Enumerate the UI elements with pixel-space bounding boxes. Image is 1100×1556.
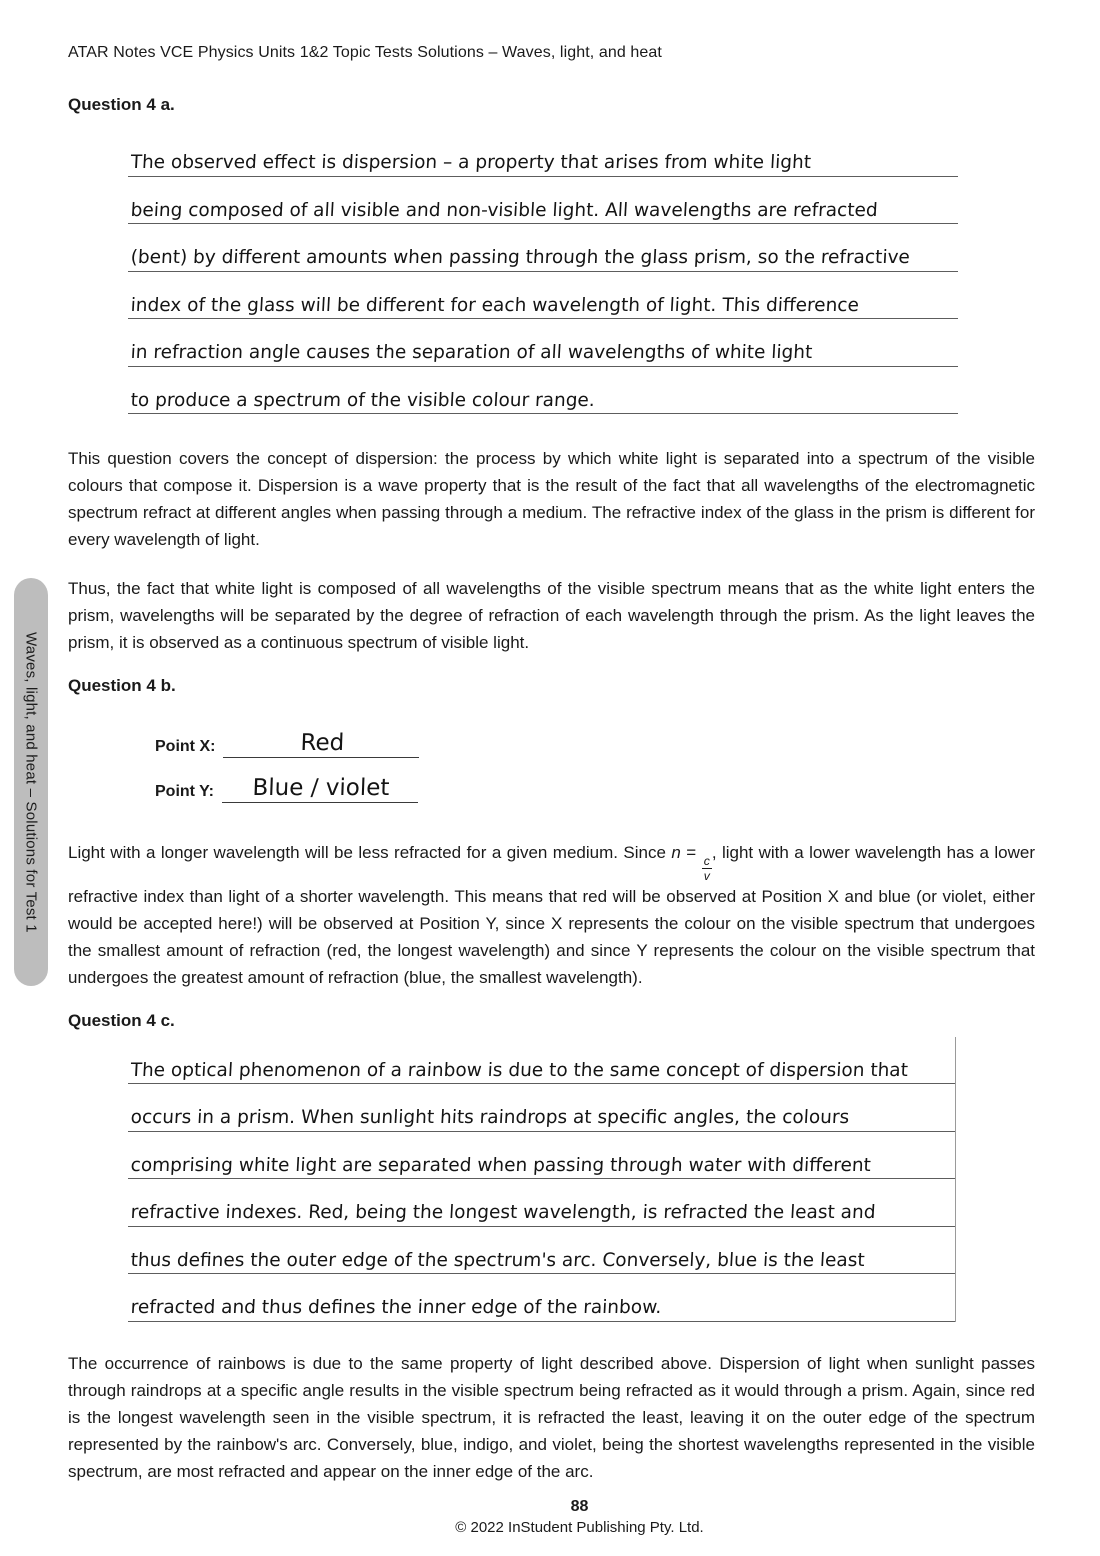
handwritten-line: The optical phenomenon of a rainbow is d… — [128, 1037, 955, 1085]
handwritten-text: occurs in a prism. When sunlight hits ra… — [130, 1109, 850, 1131]
page-content: ATAR Notes VCE Physics Units 1&2 Topic T… — [68, 0, 1035, 1485]
handwritten-text: being composed of all visible and non-vi… — [130, 202, 878, 224]
equals-sign: = — [681, 843, 702, 862]
handwritten-text: in refraction angle causes the separatio… — [130, 344, 813, 366]
document-page: Waves, light, and heat – Solutions for T… — [0, 0, 1100, 1556]
handwritten-line: refractive indexes. Red, being the longe… — [128, 1179, 955, 1227]
c-over-v-fraction: cv — [702, 854, 712, 883]
point-y-row: Point Y: Blue / violet — [155, 769, 1035, 803]
handwritten-line: in refraction angle causes the separatio… — [128, 319, 958, 367]
explanation-4c-paragraph: The occurrence of rainbows is due to the… — [68, 1350, 1035, 1485]
point-y-answer-line: Blue / violet — [222, 777, 418, 803]
handwritten-line: occurs in a prism. When sunlight hits ra… — [128, 1084, 955, 1132]
handwritten-text: refractive indexes. Red, being the longe… — [130, 1204, 876, 1226]
point-x-row: Point X: Red — [155, 724, 1035, 758]
handwritten-line: comprising white light are separated whe… — [128, 1132, 955, 1180]
question-4c-heading: Question 4 c. — [68, 1011, 1035, 1031]
question-4b-heading: Question 4 b. — [68, 676, 1035, 696]
handwritten-text: thus defines the outer edge of the spect… — [130, 1252, 865, 1274]
chapter-sidebar-label: Waves, light, and heat – Solutions for T… — [23, 632, 40, 933]
explanation-4b-text-after: , light with a lower wavelength has a lo… — [68, 843, 1035, 987]
point-y-label: Point Y: — [155, 783, 214, 803]
fraction-numerator: c — [702, 854, 712, 869]
page-header-title: ATAR Notes VCE Physics Units 1&2 Topic T… — [68, 44, 1035, 62]
point-x-label: Point X: — [155, 738, 215, 758]
handwritten-text: comprising white light are separated whe… — [130, 1157, 871, 1179]
handwritten-text: The optical phenomenon of a rainbow is d… — [130, 1062, 908, 1084]
handwritten-line: index of the glass will be different for… — [128, 272, 958, 320]
page-footer: 88 © 2022 InStudent Publishing Pty. Ltd. — [96, 1498, 1063, 1536]
handwritten-text: index of the glass will be different for… — [130, 297, 859, 319]
answer-4c-handwritten-block: The optical phenomenon of a rainbow is d… — [128, 1037, 956, 1322]
handwritten-text: to produce a spectrum of the visible col… — [130, 392, 595, 414]
handwritten-text: refracted and thus defines the inner edg… — [130, 1299, 662, 1321]
handwritten-line: (bent) by different amounts when passing… — [128, 224, 958, 272]
copyright-notice: © 2022 InStudent Publishing Pty. Ltd. — [96, 1519, 1063, 1536]
n-symbol: n — [671, 843, 680, 862]
answer-4a-handwritten-block: The observed effect is dispersion – a pr… — [128, 129, 958, 414]
fraction-denominator: v — [702, 869, 712, 883]
handwritten-text: (bent) by different amounts when passing… — [130, 249, 910, 271]
explanation-4b-paragraph: Light with a longer wavelength will be l… — [68, 839, 1035, 991]
handwritten-line: The observed effect is dispersion – a pr… — [128, 129, 958, 177]
handwritten-line: being composed of all visible and non-vi… — [128, 177, 958, 225]
handwritten-line: refracted and thus defines the inner edg… — [128, 1274, 955, 1322]
handwritten-line: to produce a spectrum of the visible col… — [128, 367, 958, 415]
point-x-value: Red — [300, 732, 345, 757]
explanation-4a-paragraph-1: This question covers the concept of disp… — [68, 445, 1035, 553]
handwritten-line: thus defines the outer edge of the spect… — [128, 1227, 955, 1275]
explanation-4b-text-before: Light with a longer wavelength will be l… — [68, 843, 671, 862]
refraction-equation: n = cv — [671, 843, 711, 862]
point-y-value: Blue / violet — [252, 777, 390, 802]
page-number: 88 — [96, 1498, 1063, 1516]
explanation-4a-paragraph-2: Thus, the fact that white light is compo… — [68, 575, 1035, 656]
chapter-sidebar-tab: Waves, light, and heat – Solutions for T… — [14, 578, 48, 986]
point-x-answer-line: Red — [223, 732, 419, 758]
question-4a-heading: Question 4 a. — [68, 95, 1035, 115]
handwritten-text: The observed effect is dispersion – a pr… — [130, 154, 811, 176]
